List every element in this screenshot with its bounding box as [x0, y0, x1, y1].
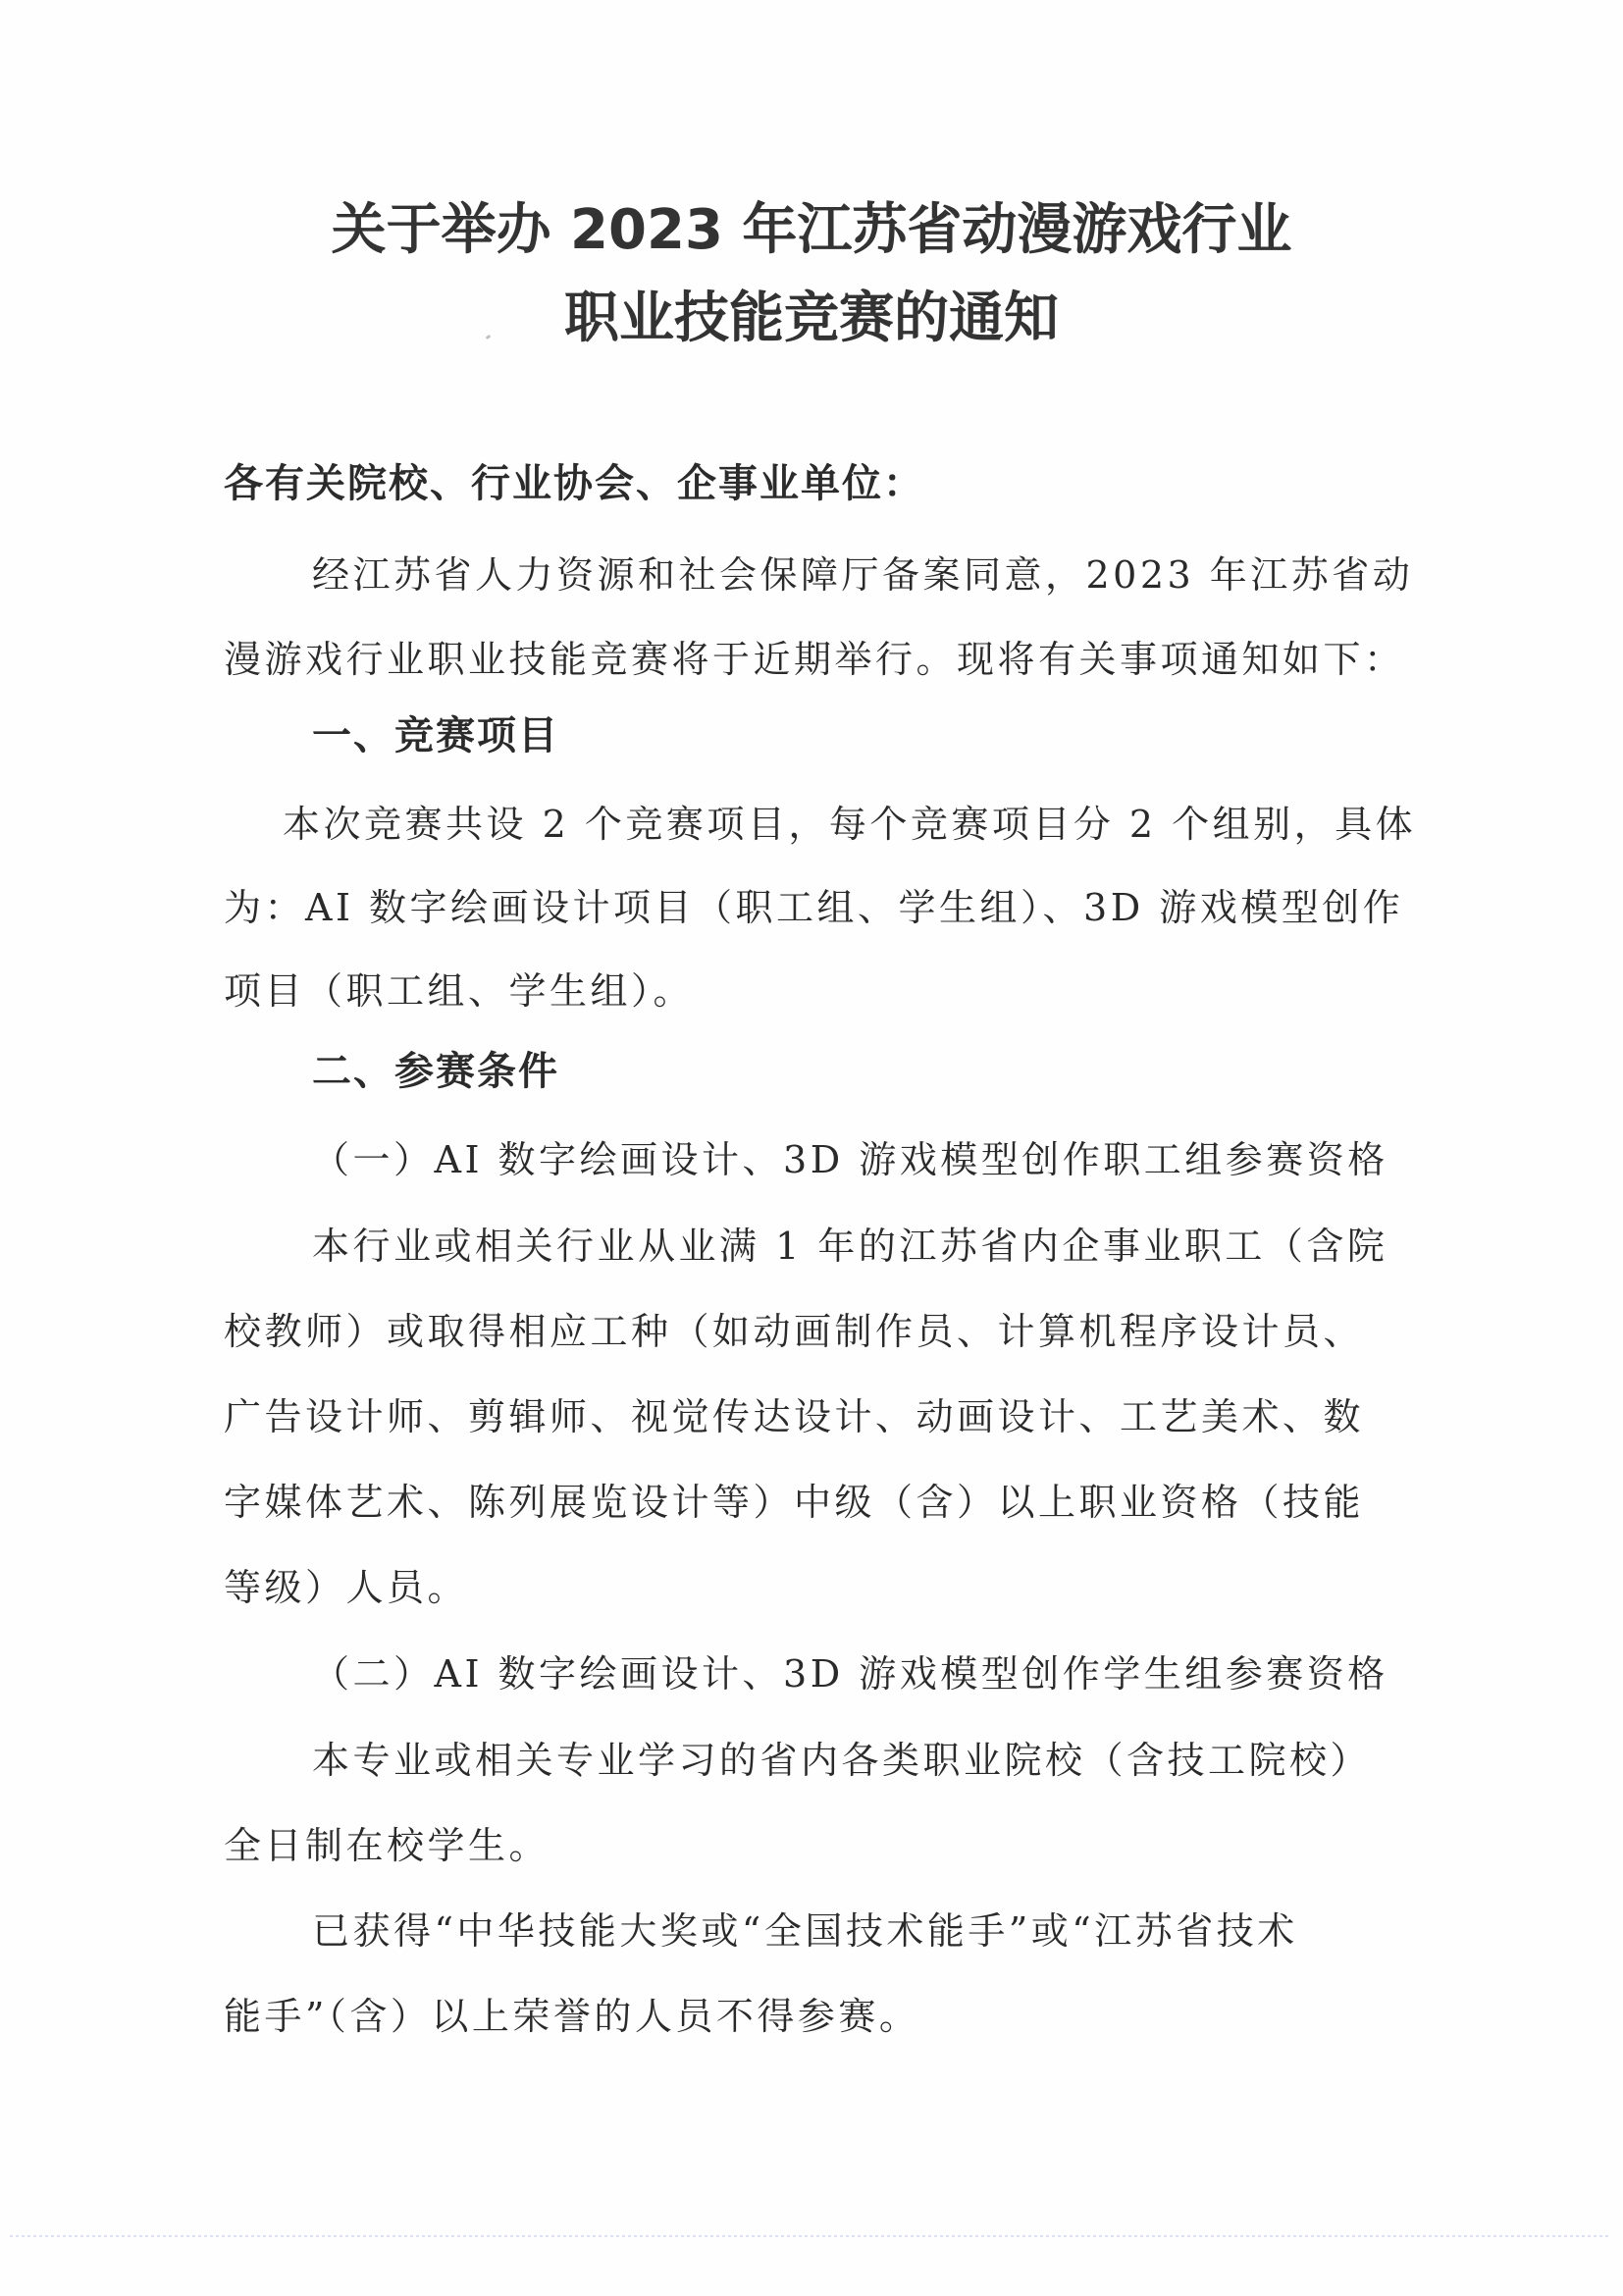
subsection-2-line-2: 全日制在校学生。 [224, 1816, 1450, 1875]
section-1-line-2: 为：AI 数字绘画设计项目（职工组、学生组）、3D 游戏模型创作 [224, 878, 1450, 937]
intro-line-2: 漫游戏行业职业技能竞赛将于近期举行。现将有关事项通知如下： [224, 630, 1450, 689]
subsection-2-line-1: 本专业或相关专业学习的省内各类职业院校（含技工院校） [312, 1731, 1450, 1790]
section-1-heading: 一、竞赛项目 [312, 706, 559, 765]
document-title-line-2: 职业技能竞赛的通知 [0, 275, 1623, 363]
subsection-1-line-3: 广告设计师、剪辑师、视觉传达设计、动画设计、工艺美术、数 [224, 1387, 1450, 1446]
document-title-line-1: 关于举办 2023 年江苏省动漫游戏行业 [0, 186, 1623, 275]
scan-artifact-line [10, 2235, 1609, 2237]
exclusion-line-1: 已获得“中华技能大奖或“全国技术能手”或“江苏省技术 [312, 1902, 1450, 1960]
subsection-2-heading: （二）AI 数字绘画设计、3D 游戏模型创作学生组参赛资格 [312, 1644, 1450, 1703]
subsection-1-line-4: 字媒体艺术、陈列展览设计等）中级（含）以上职业资格（技能 [224, 1473, 1450, 1532]
exclusion-line-2: 能手”（含）以上荣誉的人员不得参赛。 [224, 1987, 1450, 2046]
document-page: 关于举办 2023 年江苏省动漫游戏行业 职业技能竞赛的通知 各有关院校、行业协… [0, 0, 1623, 2296]
intro-line-1: 经江苏省人力资源和社会保障厅备案同意，2023 年江苏省动 [312, 546, 1450, 604]
section-1-line-3: 项目（职工组、学生组）。 [224, 962, 1450, 1020]
subsection-1-line-1: 本行业或相关行业从业满 1 年的江苏省内企事业职工（含院 [312, 1217, 1450, 1276]
subsection-1-heading: （一）AI 数字绘画设计、3D 游戏模型创作职工组参赛资格 [312, 1130, 1450, 1189]
subsection-1-line-2: 校教师）或取得相应工种（如动画制作员、计算机程序设计员、 [224, 1302, 1450, 1361]
section-1-line-1: 本次竞赛共设 2 个竞赛项目，每个竞赛项目分 2 个组别，具体 [283, 795, 1509, 854]
subsection-1-line-5: 等级）人员。 [224, 1558, 1450, 1617]
section-2-heading: 二、参赛条件 [312, 1042, 559, 1101]
salutation: 各有关院校、行业协会、企事业单位： [224, 449, 924, 518]
